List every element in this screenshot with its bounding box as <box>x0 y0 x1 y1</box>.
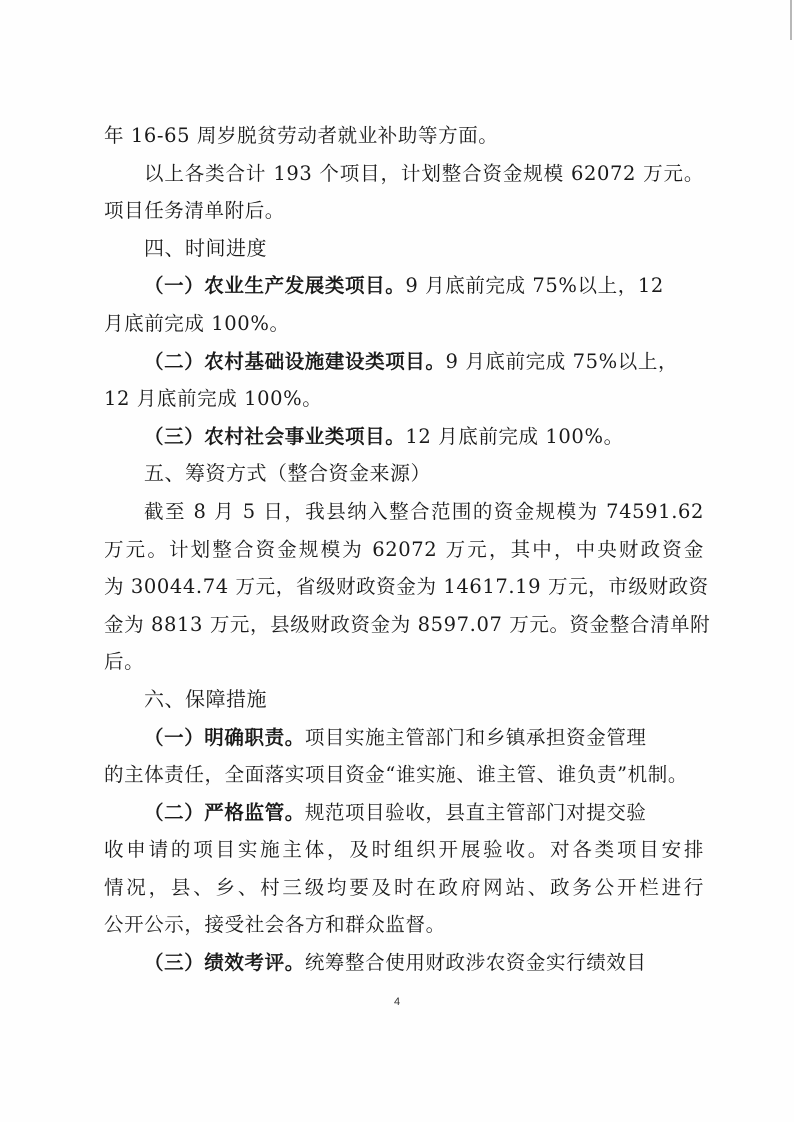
safeguard-item-label: （一）明确职责。 <box>144 726 305 749</box>
scan-artifact <box>790 0 792 40</box>
body-line: 金为 8813 万元，县级财政资金为 8597.07 万元。资金整合清单附 <box>104 606 704 644</box>
body-line: 年 16-65 周岁脱贫劳动者就业补助等方面。 <box>104 117 704 155</box>
schedule-item-text: 9 月底前完成 75%以上， <box>446 350 679 373</box>
safeguard-item-2: （二）严格监管。规范项目验收，县直主管部门对提交验 <box>104 794 704 832</box>
body-line: 后。 <box>104 643 704 681</box>
section-heading-funding: 五、筹资方式（整合资金来源） <box>104 455 704 493</box>
body-line: 万元。计划整合资金规模为 62072 万元，其中，中央财政资金 <box>104 531 704 569</box>
schedule-item-3: （三）农村社会事业类项目。12 月底前完成 100%。 <box>104 418 704 456</box>
safeguard-item-text: 规范项目验收，县直主管部门对提交验 <box>305 801 647 824</box>
safeguard-item-text: 项目实施主管部门和乡镇承担资金管理 <box>305 726 647 749</box>
body-line: 收申请的项目实施主体，及时组织开展验收。对各类项目安排 <box>104 831 704 869</box>
safeguard-item-3: （三）绩效考评。统筹整合使用财政涉农资金实行绩效目 <box>104 944 704 982</box>
body-line: 12 月底前完成 100%。 <box>104 380 704 418</box>
schedule-item-label: （一）农业生产发展类项目。 <box>144 274 405 297</box>
body-line: 项目任务清单附后。 <box>104 192 704 230</box>
safeguard-item-label: （三）绩效考评。 <box>144 951 305 974</box>
safeguard-item-label: （二）严格监管。 <box>144 801 305 824</box>
document-body: 年 16-65 周岁脱贫劳动者就业补助等方面。 以上各类合计 193 个项目，计… <box>104 117 704 982</box>
document-page: 年 16-65 周岁脱贫劳动者就业补助等方面。 以上各类合计 193 个项目，计… <box>0 0 794 1122</box>
body-line: 公开公示，接受社会各方和群众监督。 <box>104 906 704 944</box>
body-line: 情况，县、乡、村三级均要及时在政府网站、政务公开栏进行 <box>104 869 704 907</box>
schedule-item-label: （三）农村社会事业类项目。 <box>144 425 405 448</box>
body-line: 的主体责任，全面落实项目资金“谁实施、谁主管、谁负责”机制。 <box>104 756 704 794</box>
schedule-item-text: 9 月底前完成 75%以上，12 <box>405 274 664 297</box>
safeguard-item-1: （一）明确职责。项目实施主管部门和乡镇承担资金管理 <box>104 719 704 757</box>
body-line: 月底前完成 100%。 <box>104 305 704 343</box>
schedule-item-1: （一）农业生产发展类项目。9 月底前完成 75%以上，12 <box>104 267 704 305</box>
body-line: 为 30044.74 万元，省级财政资金为 14617.19 万元，市级财政资 <box>104 568 704 606</box>
page-number: 4 <box>394 996 400 1008</box>
section-heading-safeguards: 六、保障措施 <box>104 681 704 719</box>
safeguard-item-text: 统筹整合使用财政涉农资金实行绩效目 <box>305 951 647 974</box>
schedule-item-text: 12 月底前完成 100%。 <box>405 425 623 448</box>
schedule-item-label: （二）农村基础设施建设类项目。 <box>144 350 446 373</box>
body-line: 以上各类合计 193 个项目，计划整合资金规模 62072 万元。 <box>104 155 704 193</box>
body-line: 截至 8 月 5 日，我县纳入整合范围的资金规模为 74591.62 <box>104 493 704 531</box>
section-heading-schedule: 四、时间进度 <box>104 230 704 268</box>
schedule-item-2: （二）农村基础设施建设类项目。9 月底前完成 75%以上， <box>104 343 704 381</box>
